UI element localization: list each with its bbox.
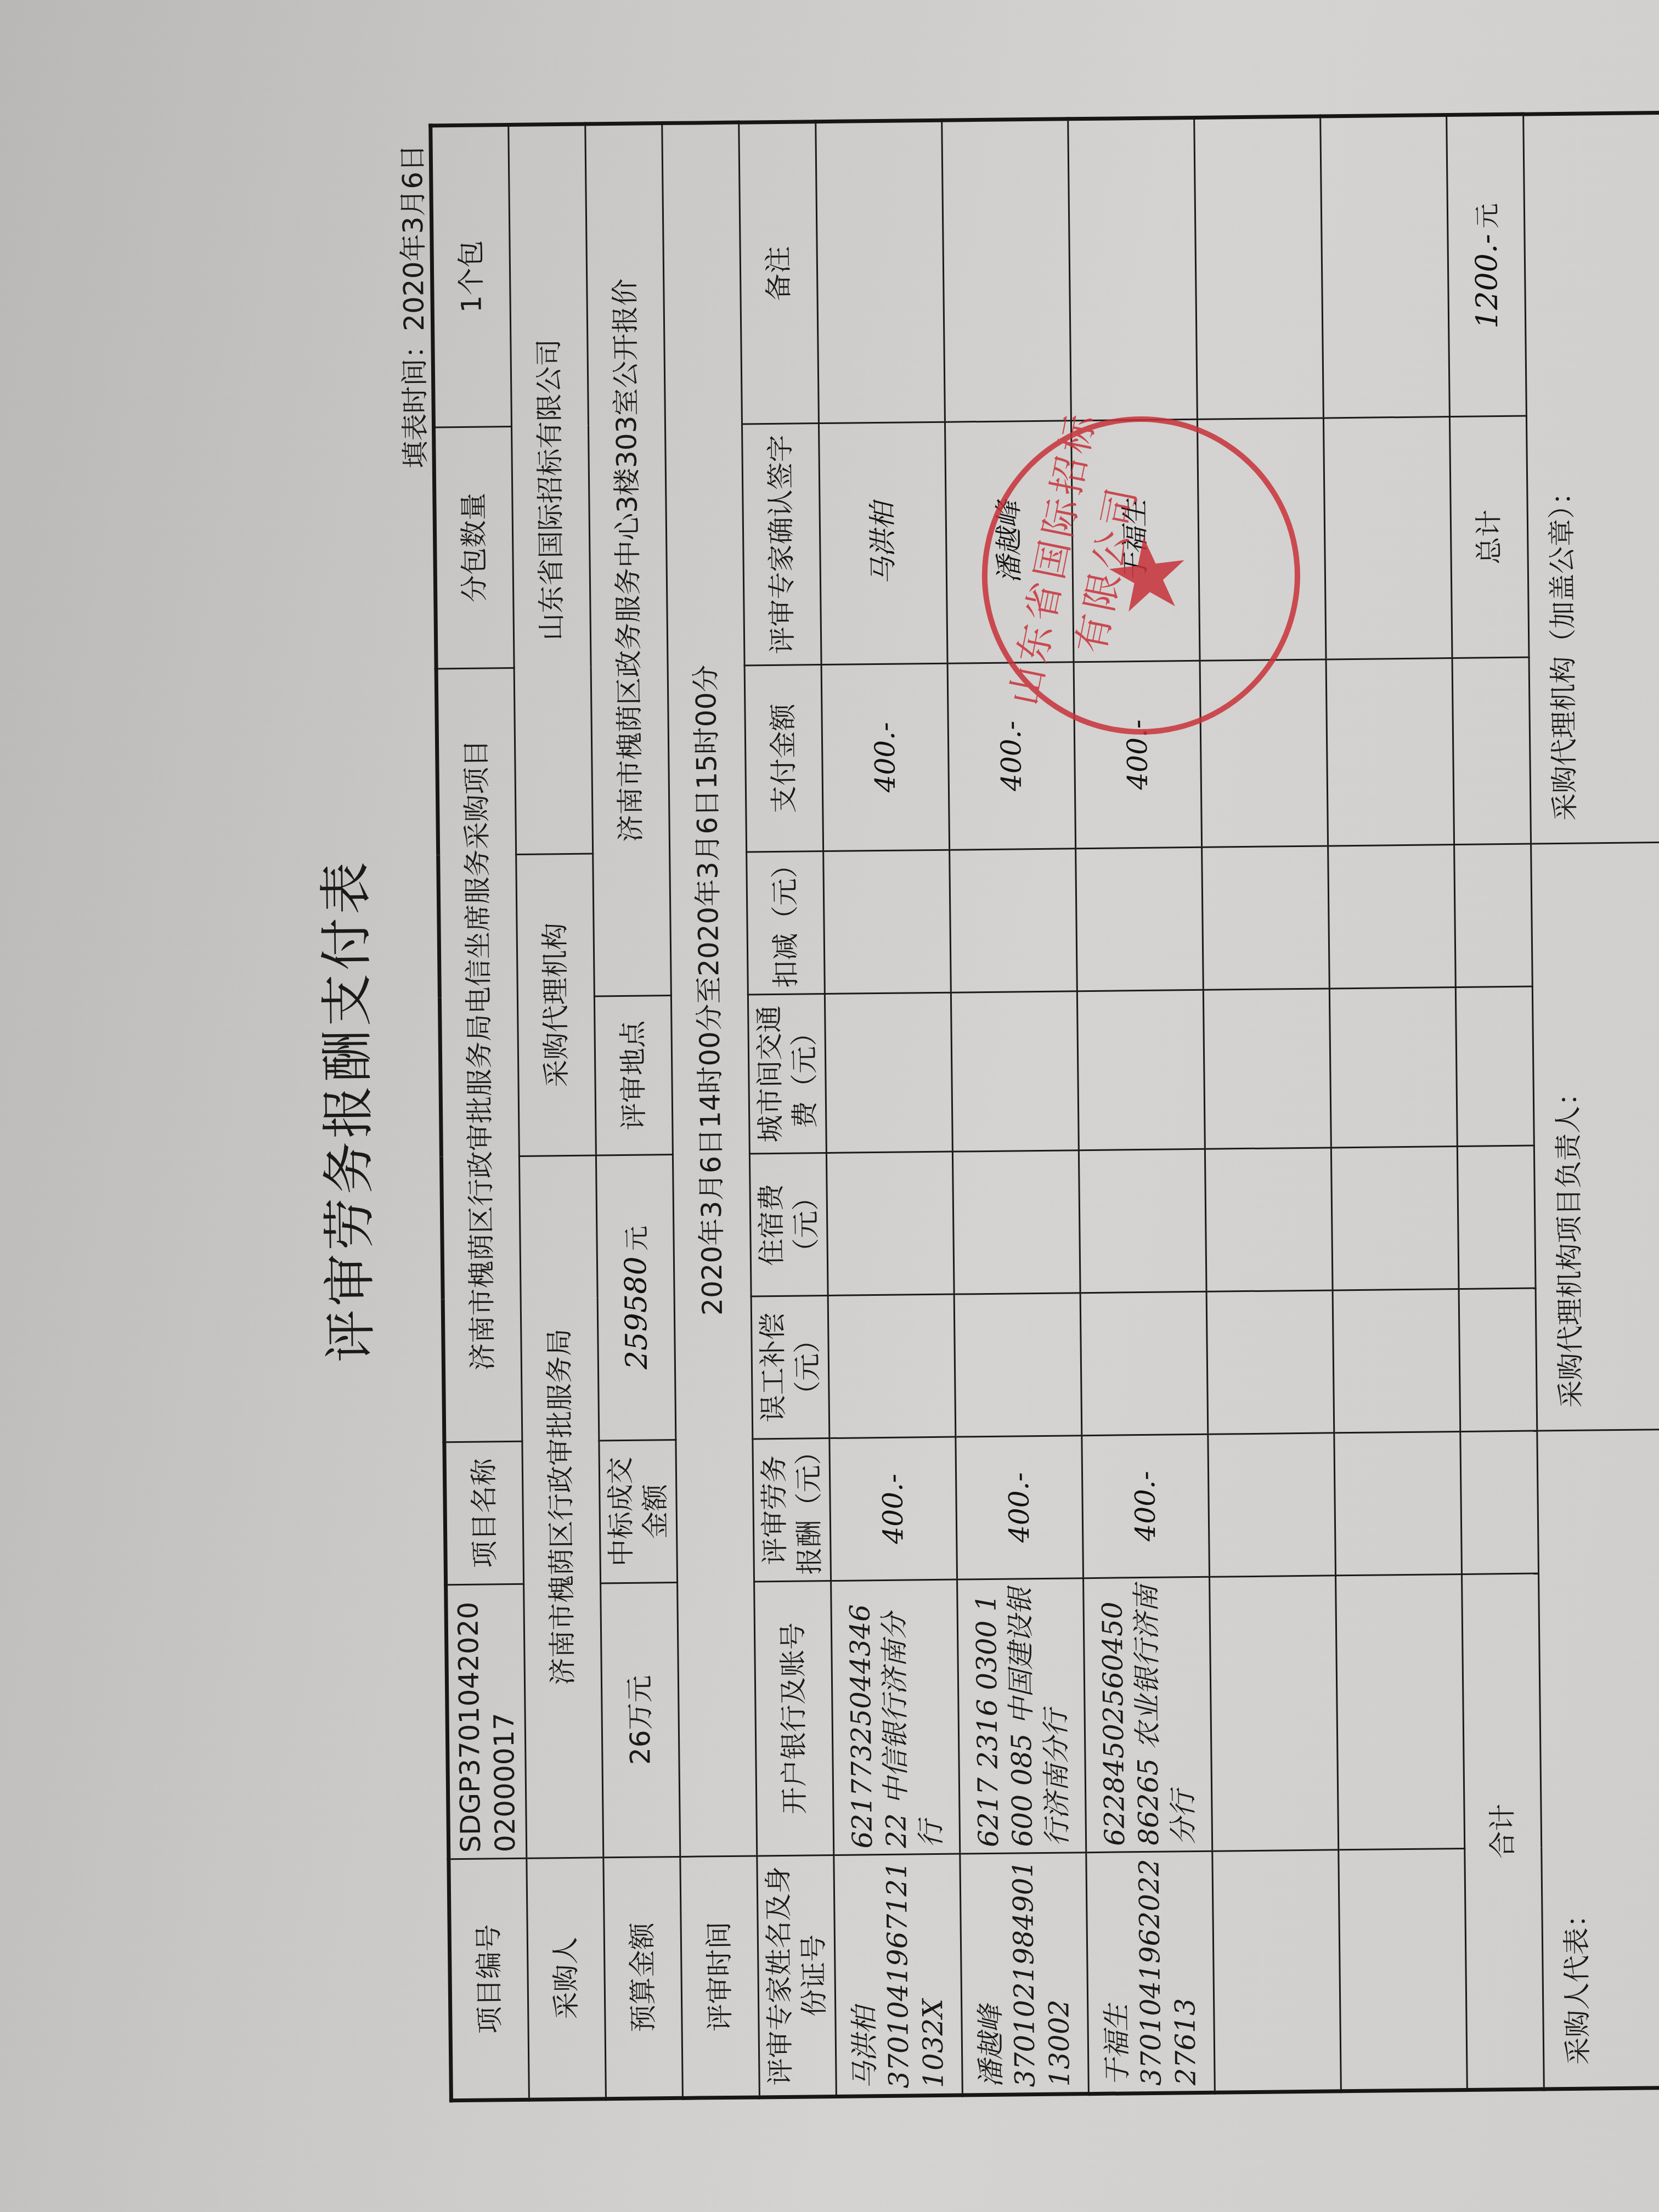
- blank-cell: [1194, 116, 1324, 419]
- blank-cell: [1328, 845, 1456, 989]
- signature-row: 采购人代表： 于洪鹏 采购代理机构项目负责人： 高林 采购代理机构（加盖公章）：: [1523, 111, 1659, 2089]
- document-title: 评审劳务报酬支付表: [297, 95, 400, 2125]
- subtotal-fee: [1460, 1431, 1539, 1574]
- subtotal-deduction: [1454, 844, 1533, 987]
- review-place: 济南市槐荫区政务服务中心3楼303室公开报价: [585, 123, 672, 996]
- agency: 山东省国际招标有限公司: [509, 124, 593, 854]
- column-header: 评审劳务报酬（元）: [753, 1438, 831, 1582]
- expert-travel: [1077, 990, 1205, 1150]
- subtotal-lodging: [1457, 1145, 1536, 1289]
- expert-id-no: 37010419671211032X: [880, 1860, 951, 2089]
- expert-lodging: [826, 1152, 954, 1295]
- column-header: 支付金额: [744, 665, 823, 852]
- blank-cell: [1329, 988, 1457, 1148]
- fill-date-label: 填表时间：: [398, 331, 432, 469]
- grand-total-value: 1200.-: [1469, 234, 1504, 329]
- blank-cell: [1336, 1574, 1465, 1849]
- expert-remark: [1068, 117, 1198, 420]
- award-amount: 259580元: [596, 1154, 675, 1440]
- purchaser-label: 采购人: [527, 1858, 606, 2100]
- award-amount-unit: 元: [622, 1226, 651, 1251]
- agency-lead-label: 采购代理机构项目负责人：: [1552, 1079, 1587, 1408]
- agency-label: 采购代理机构: [516, 854, 596, 1156]
- expert-travel: [825, 992, 952, 1153]
- fill-date-value: 2020年3月6日: [397, 144, 431, 331]
- blank-cell: [1321, 115, 1450, 418]
- blank-row: [1321, 115, 1468, 2091]
- blank-cell: [1208, 1433, 1336, 1577]
- blank-cell: [1210, 1576, 1339, 1851]
- expert-bank-account: 6228450256045086265 农业银行济南分行: [1084, 1577, 1212, 1852]
- agency-seal-label: 采购代理机构（加盖公章）：: [1545, 478, 1581, 821]
- expert-name: 于福生: [1098, 1858, 1135, 2086]
- grand-total-label: 总计: [1449, 416, 1529, 658]
- project-name: 济南市槐荫区行政审批服务局电信坐席服务采购项目: [436, 668, 522, 1442]
- blank-cell: [1323, 417, 1452, 659]
- expert-rows: 马洪柏37010419671211032X6217732504434622 中信…: [816, 115, 1468, 2097]
- expert-bank-account: 6217732504434622 中信银行济南分行: [831, 1579, 960, 1855]
- expert-fee: 400.-: [830, 1437, 957, 1581]
- package-count-label: 分包数量: [434, 426, 515, 668]
- subtotal-travel: [1455, 986, 1534, 1146]
- blank-cell: [1202, 846, 1330, 990]
- expert-deduction: [823, 850, 951, 994]
- blank-row: [1194, 116, 1341, 2092]
- blank-cell: [1331, 1146, 1459, 1290]
- agency-seal-cell: 采购代理机构（加盖公章）：: [1523, 111, 1659, 844]
- project-no-label: 项目编号: [449, 1858, 529, 2100]
- expert-payment: 400.-: [821, 663, 950, 851]
- expert-name: 潘越峰: [972, 1860, 1008, 2088]
- fill-date: 填表时间：2020年3月6日: [391, 144, 433, 469]
- purchaser-rep-label: 采购人代表：: [1560, 1900, 1594, 2066]
- expert-fee: 400.-: [1082, 1434, 1210, 1578]
- blank-cell: [1206, 1290, 1334, 1434]
- purchaser-rep-signature: 于洪鹏: [1655, 1452, 1659, 1954]
- award-amount-value: 259580: [618, 1256, 654, 1370]
- expert-travel: [951, 991, 1079, 1152]
- blank-cell: [1339, 1848, 1468, 2091]
- blank-cell: [1333, 1289, 1460, 1432]
- column-header: 误工补偿（元）: [751, 1296, 830, 1439]
- package-count: 1个包: [431, 125, 512, 427]
- blank-cell: [1326, 658, 1454, 846]
- column-header: 评审专家确认签字: [742, 424, 821, 665]
- expert-remark: [816, 120, 945, 423]
- column-header: 开户银行及账号: [754, 1581, 834, 1855]
- review-place-label: 评审地点: [594, 995, 673, 1155]
- expert-bank-account: 6217 2316 0300 1600 085 中国建设银行济南分行: [957, 1578, 1086, 1854]
- expert-lodging: [1079, 1149, 1206, 1293]
- expert-fee: 400.-: [956, 1436, 1084, 1579]
- budget: 26万元: [601, 1582, 680, 1857]
- blank-cell: [1205, 1148, 1333, 1291]
- blank-cell: [1212, 1850, 1341, 2092]
- blank-cell: [1203, 989, 1331, 1149]
- expert-deduction: [950, 849, 1077, 992]
- expert-deduction: [1076, 847, 1204, 991]
- expert-id-no: 370102198490113002: [1006, 1859, 1077, 2087]
- grand-total: 1200.-元: [1447, 114, 1527, 416]
- subtotal-label: 合计: [1462, 1573, 1544, 2090]
- budget-label: 预算金额: [603, 1857, 683, 2098]
- expert-row: 马洪柏37010419671211032X6217732504434622 中信…: [816, 120, 963, 2096]
- purchaser: 济南市槐荫区行政审批服务局: [519, 1155, 603, 1858]
- expert-name-id: 马洪柏37010419671211032X: [834, 1854, 963, 2096]
- expert-id-no: 370104196202227613: [1132, 1858, 1203, 2086]
- expert-remark: [942, 119, 1071, 422]
- grand-total-unit: 元: [1472, 203, 1502, 229]
- column-header: 扣减（元）: [747, 851, 825, 995]
- expert-signature: 马洪柏: [819, 422, 947, 664]
- payment-form-table: 项目编号 SDGP370104202002000017 项目名称 济南市槐荫区行…: [428, 109, 1659, 2102]
- expert-compensation: [954, 1293, 1082, 1437]
- subtotal-payment: [1452, 657, 1531, 844]
- expert-lodging: [952, 1150, 1080, 1294]
- expert-compensation: [828, 1294, 956, 1438]
- expert-compensation: [1080, 1291, 1208, 1435]
- column-header: 城市间交通费（元）: [748, 994, 826, 1154]
- column-header: 备注: [739, 122, 819, 424]
- agency-lead-cell: 采购代理机构项目负责人： 高林: [1531, 840, 1659, 1431]
- expert-name: 马洪柏: [845, 1861, 882, 2089]
- review-time-label: 评审时间: [680, 1856, 760, 2098]
- award-amount-label: 中标成交金额: [599, 1440, 678, 1583]
- column-header: 评审专家姓名及身份证号: [757, 1855, 837, 2097]
- project-name-label: 项目名称: [444, 1441, 524, 1584]
- project-no: SDGP370104202002000017: [446, 1584, 527, 1859]
- form-sheet: 评审劳务报酬支付表 填表时间：2020年3月6日 项目编号 SDGP370104…: [297, 85, 1361, 2126]
- agency-lead-signature: 高林: [1649, 865, 1659, 1297]
- blank-cell: [1334, 1431, 1462, 1575]
- subtotal-compensation: [1459, 1288, 1537, 1431]
- expert-name-id: 潘越峰370102198490113002: [960, 1853, 1089, 2095]
- column-header: 住宿费（元）: [749, 1153, 828, 1296]
- expert-name-id: 于福生370104196202227613: [1086, 1851, 1215, 2093]
- purchaser-rep-cell: 采购人代表： 于洪鹏: [1537, 1427, 1659, 2089]
